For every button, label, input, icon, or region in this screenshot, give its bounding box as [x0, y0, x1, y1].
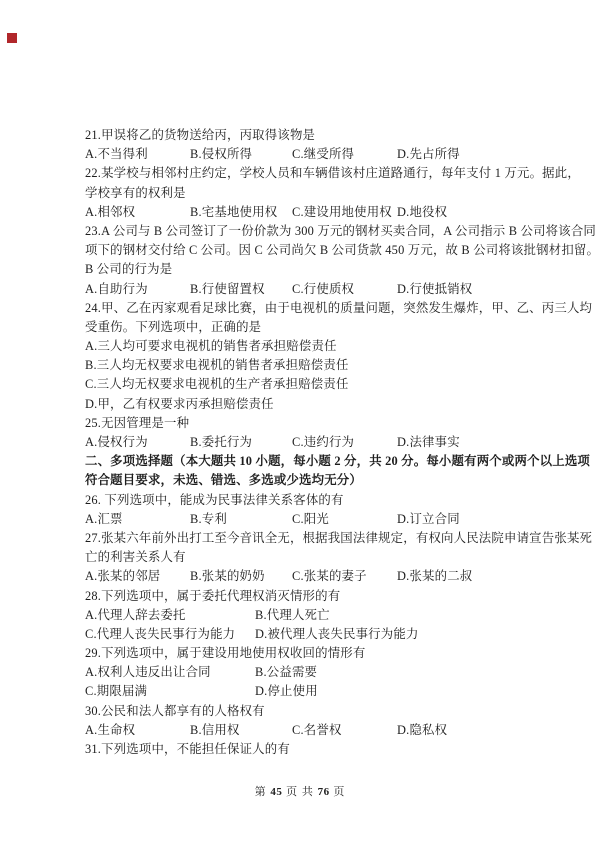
text-line: 项下的钢材交付给 C 公司。因 C 公司尚欠 B 公司货款 450 万元，故 B… — [85, 241, 523, 260]
option: A.不当得利 — [85, 145, 190, 164]
text-line: B.三人均无权要求电视机的销售者承担赔偿责任 — [85, 356, 523, 375]
options-row: C.代理人丧失民事行为能力D.被代理人丧失民事行为能力 — [85, 625, 523, 644]
footer-text-suffix: 页 — [330, 786, 346, 798]
options-row: A.侵权行为B.委托行为C.违约行为D.法律事实 — [85, 433, 523, 452]
text-line: 31.下列选项中，不能担任保证人的有 — [85, 740, 523, 759]
option: D.被代理人丧失民事行为能力 — [255, 625, 523, 644]
option: C.名誉权 — [292, 721, 397, 740]
option: B.专利 — [190, 510, 292, 529]
options-row: A.不当得利B.侵权所得C.继受所得D.先占所得 — [85, 145, 523, 164]
option: A.汇票 — [85, 510, 190, 529]
option: C.阳光 — [292, 510, 397, 529]
options-row: A.权利人违反出让合同B.公益需要 — [85, 663, 523, 682]
footer-text-middle: 页 共 — [282, 786, 317, 798]
option: D.隐私权 — [397, 721, 523, 740]
options-row: A.代理人辞去委托B.代理人死亡 — [85, 606, 523, 625]
text-line: 27.张某六年前外出打工至今音讯全无，根据我国法律规定，有权向人民法院申请宣告张… — [85, 529, 523, 548]
option: A.生命权 — [85, 721, 190, 740]
option: C.继受所得 — [292, 145, 397, 164]
option: D.停止使用 — [255, 682, 523, 701]
footer-text-prefix: 第 — [255, 786, 271, 798]
option: A.自助行为 — [85, 280, 190, 299]
text-line: 24.甲、乙在丙家观看足球比赛，由于电视机的质量问题，突然发生爆炸，甲、乙、丙三… — [85, 299, 523, 318]
footer-total-pages: 76 — [318, 786, 330, 798]
options-row: A.自助行为B.行使留置权C.行使质权D.行使抵销权 — [85, 280, 523, 299]
text-line: 23.A 公司与 B 公司签订了一份价款为 300 万元的钢材买卖合同，A 公司… — [85, 222, 523, 241]
option: D.张某的二叔 — [397, 567, 523, 586]
text-line: 受重伤。下列选项中，正确的是 — [85, 318, 523, 337]
option: A.代理人辞去委托 — [85, 606, 255, 625]
text-line: 学校享有的权利是 — [85, 184, 523, 203]
option: A.侵权行为 — [85, 433, 190, 452]
section-heading: 符合题目要求，未选、错选、多选或少选均无分） — [85, 471, 523, 490]
section-heading: 二、多项选择题（本大题共 10 小题，每小题 2 分，共 20 分。每小题有两个… — [85, 452, 523, 471]
text-line: 30.公民和法人都享有的人格权有 — [85, 702, 523, 721]
options-row: A.汇票B.专利C.阳光D.订立合同 — [85, 510, 523, 529]
option: D.先占所得 — [397, 145, 523, 164]
option: C.违约行为 — [292, 433, 397, 452]
text-line: A.三人均可要求电视机的销售者承担赔偿责任 — [85, 337, 523, 356]
red-stamp-mark — [7, 33, 17, 43]
option: D.行使抵销权 — [397, 280, 523, 299]
text-line: D.甲，乙有权要求丙承担赔偿责任 — [85, 395, 523, 414]
text-line: 28.下列选项中，属于委托代理权消灭情形的有 — [85, 587, 523, 606]
exam-content: 21.甲误将乙的货物送给丙，丙取得该物是A.不当得利B.侵权所得C.继受所得D.… — [85, 126, 523, 759]
option: B.张某的奶奶 — [190, 567, 292, 586]
footer-page-number: 45 — [270, 786, 282, 798]
exam-paper-page: 21.甲误将乙的货物送给丙，丙取得该物是A.不当得利B.侵权所得C.继受所得D.… — [0, 0, 600, 848]
option: B.侵权所得 — [190, 145, 292, 164]
text-line: 25.无因管理是一种 — [85, 414, 523, 433]
options-row: A.张某的邻居B.张某的奶奶C.张某的妻子D.张某的二叔 — [85, 567, 523, 586]
option: C.期限届满 — [85, 682, 255, 701]
option: B.公益需要 — [255, 663, 523, 682]
text-line: 21.甲误将乙的货物送给丙，丙取得该物是 — [85, 126, 523, 145]
option: C.建设用地使用权 — [292, 203, 397, 222]
text-line: 22.某学校与相邻村庄约定，学校人员和车辆借该村庄道路通行，每年支付 1 万元。… — [85, 164, 523, 183]
text-line: 29.下列选项中，属于建设用地使用权收回的情形有 — [85, 644, 523, 663]
option: D.订立合同 — [397, 510, 523, 529]
option: D.法律事实 — [397, 433, 523, 452]
option: B.代理人死亡 — [255, 606, 523, 625]
option: C.代理人丧失民事行为能力 — [85, 625, 255, 644]
options-row: A.生命权B.信用权C.名誉权D.隐私权 — [85, 721, 523, 740]
option: C.张某的妻子 — [292, 567, 397, 586]
options-row: A.相邻权B.宅基地使用权C.建设用地使用权D.地役权 — [85, 203, 523, 222]
options-row: C.期限届满D.停止使用 — [85, 682, 523, 701]
option: A.相邻权 — [85, 203, 190, 222]
option: A.权利人违反出让合同 — [85, 663, 255, 682]
text-line: B 公司的行为是 — [85, 260, 523, 279]
option: B.委托行为 — [190, 433, 292, 452]
text-line: 26. 下列选项中，能成为民事法律关系客体的有 — [85, 491, 523, 510]
page-footer: 第 45 页 共 76 页 — [0, 785, 600, 799]
option: B.行使留置权 — [190, 280, 292, 299]
option: D.地役权 — [397, 203, 523, 222]
text-line: C.三人均无权要求电视机的生产者承担赔偿责任 — [85, 375, 523, 394]
option: B.信用权 — [190, 721, 292, 740]
option: B.宅基地使用权 — [190, 203, 292, 222]
text-line: 亡的利害关系人有 — [85, 548, 523, 567]
option: A.张某的邻居 — [85, 567, 190, 586]
option: C.行使质权 — [292, 280, 397, 299]
